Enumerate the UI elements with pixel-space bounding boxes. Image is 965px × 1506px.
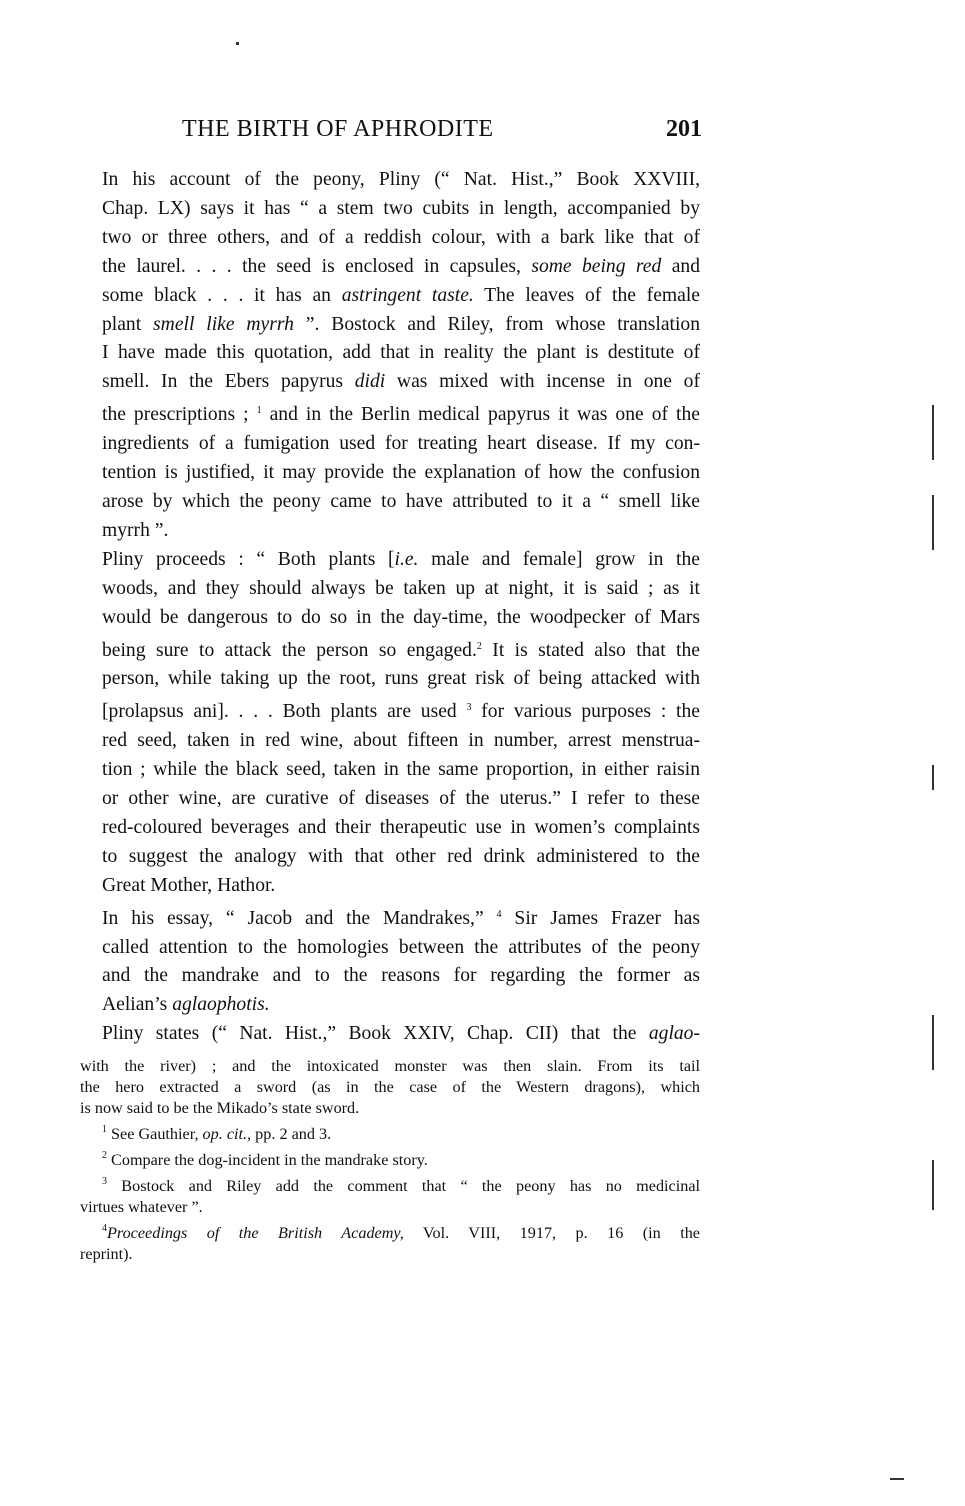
text-line: ingredients of a fumigation used for tre…	[80, 430, 700, 459]
body-text: In his account of the peony, Pliny (“ Na…	[80, 166, 700, 1049]
text-line: Great Mother, Hathor.	[80, 872, 700, 901]
footnote-1: 1 See Gauthier, op. cit., pp. 2 and 3.	[80, 1119, 700, 1145]
text-line: In his account of the peony, Pliny (“ Na…	[80, 166, 700, 195]
text-line: red seed, taken in red wine, about fifte…	[80, 727, 700, 756]
scan-artifact	[890, 1478, 904, 1480]
book-page: THE BIRTH OF APHRODITE 201 In his accoun…	[0, 0, 965, 1506]
text-line: Chap. LX) says it has “ a stem two cubit…	[80, 195, 700, 224]
text-line: person, while taking up the root, runs g…	[80, 665, 700, 694]
footnote-continuation: is now said to be the Mikado’s state swo…	[80, 1098, 700, 1119]
text-line: called attention to the homologies betwe…	[80, 934, 700, 963]
scan-artifact	[932, 1015, 934, 1070]
scan-artifact	[932, 495, 934, 550]
text-line: plant smell like myrrh ”. Bostock and Ri…	[80, 311, 700, 340]
text-line: to suggest the analogy with that other r…	[80, 843, 700, 872]
scan-artifact	[932, 1160, 934, 1210]
text-line: woods, and they should always be taken u…	[80, 575, 700, 604]
text-line: tention is justified, it may provide the…	[80, 459, 700, 488]
text-line: Pliny proceeds : “ Both plants [i.e. mal…	[80, 546, 700, 575]
text-line: Aelian’s aglaophotis.	[80, 991, 700, 1020]
scan-artifact	[236, 42, 239, 45]
footnotes: with the river) ; and the intoxicated mo…	[80, 1056, 700, 1265]
footnote-4: 4Proceedings of the British Academy, Vol…	[80, 1218, 700, 1244]
footnote-continuation: the hero extracted a sword (as in the ca…	[80, 1077, 700, 1098]
paragraph-1: In his account of the peony, Pliny (“ Na…	[80, 166, 700, 546]
text-line: red-coloured beverages and their therape…	[80, 814, 700, 843]
footnote-2: 2 Compare the dog-incident in the mandra…	[80, 1145, 700, 1171]
paragraph-3: In his essay, “ Jacob and the Mandrakes,…	[80, 901, 700, 1021]
page-number: 201	[666, 116, 702, 143]
footnote-4-cont: reprint).	[80, 1244, 700, 1265]
footnote-continuation: with the river) ; and the intoxicated mo…	[80, 1056, 700, 1077]
text-line: the laurel. . . . the seed is enclosed i…	[80, 253, 700, 282]
text-line: and the mandrake and to the reasons for …	[80, 962, 700, 991]
text-line: [prolapsus ani]. . . . Both plants are u…	[80, 694, 700, 727]
text-line: some black . . . it has an astringent ta…	[80, 282, 700, 311]
footnote-3-cont: virtues whatever ”.	[80, 1197, 700, 1218]
text-line: the prescriptions ; 1 and in the Berlin …	[80, 397, 700, 430]
text-line: In his essay, “ Jacob and the Mandrakes,…	[80, 901, 700, 934]
text-line: I have made this quotation, add that in …	[80, 339, 700, 368]
paragraph-4: Pliny states (“ Nat. Hist.,” Book XXIV, …	[80, 1020, 700, 1049]
text-line: Pliny states (“ Nat. Hist.,” Book XXIV, …	[80, 1020, 700, 1049]
running-head: THE BIRTH OF APHRODITE 201	[182, 116, 702, 150]
text-line: smell. In the Ebers papyrus didi was mix…	[80, 368, 700, 397]
text-line: two or three others, and of a reddish co…	[80, 224, 700, 253]
text-line: being sure to attack the person so engag…	[80, 633, 700, 666]
text-line: or other wine, are curative of diseases …	[80, 785, 700, 814]
text-line: arose by which the peony came to have at…	[80, 488, 700, 517]
paragraph-2: Pliny proceeds : “ Both plants [i.e. mal…	[80, 546, 700, 901]
text-line: myrrh ”.	[80, 517, 700, 546]
scan-artifact	[932, 405, 934, 460]
text-line: would be dangerous to do so in the day-t…	[80, 604, 700, 633]
text-line: tion ; while the black seed, taken in th…	[80, 756, 700, 785]
scan-artifact	[932, 765, 934, 790]
chapter-title: THE BIRTH OF APHRODITE	[182, 116, 494, 143]
footnote-3: 3 Bostock and Riley add the comment that…	[80, 1171, 700, 1197]
